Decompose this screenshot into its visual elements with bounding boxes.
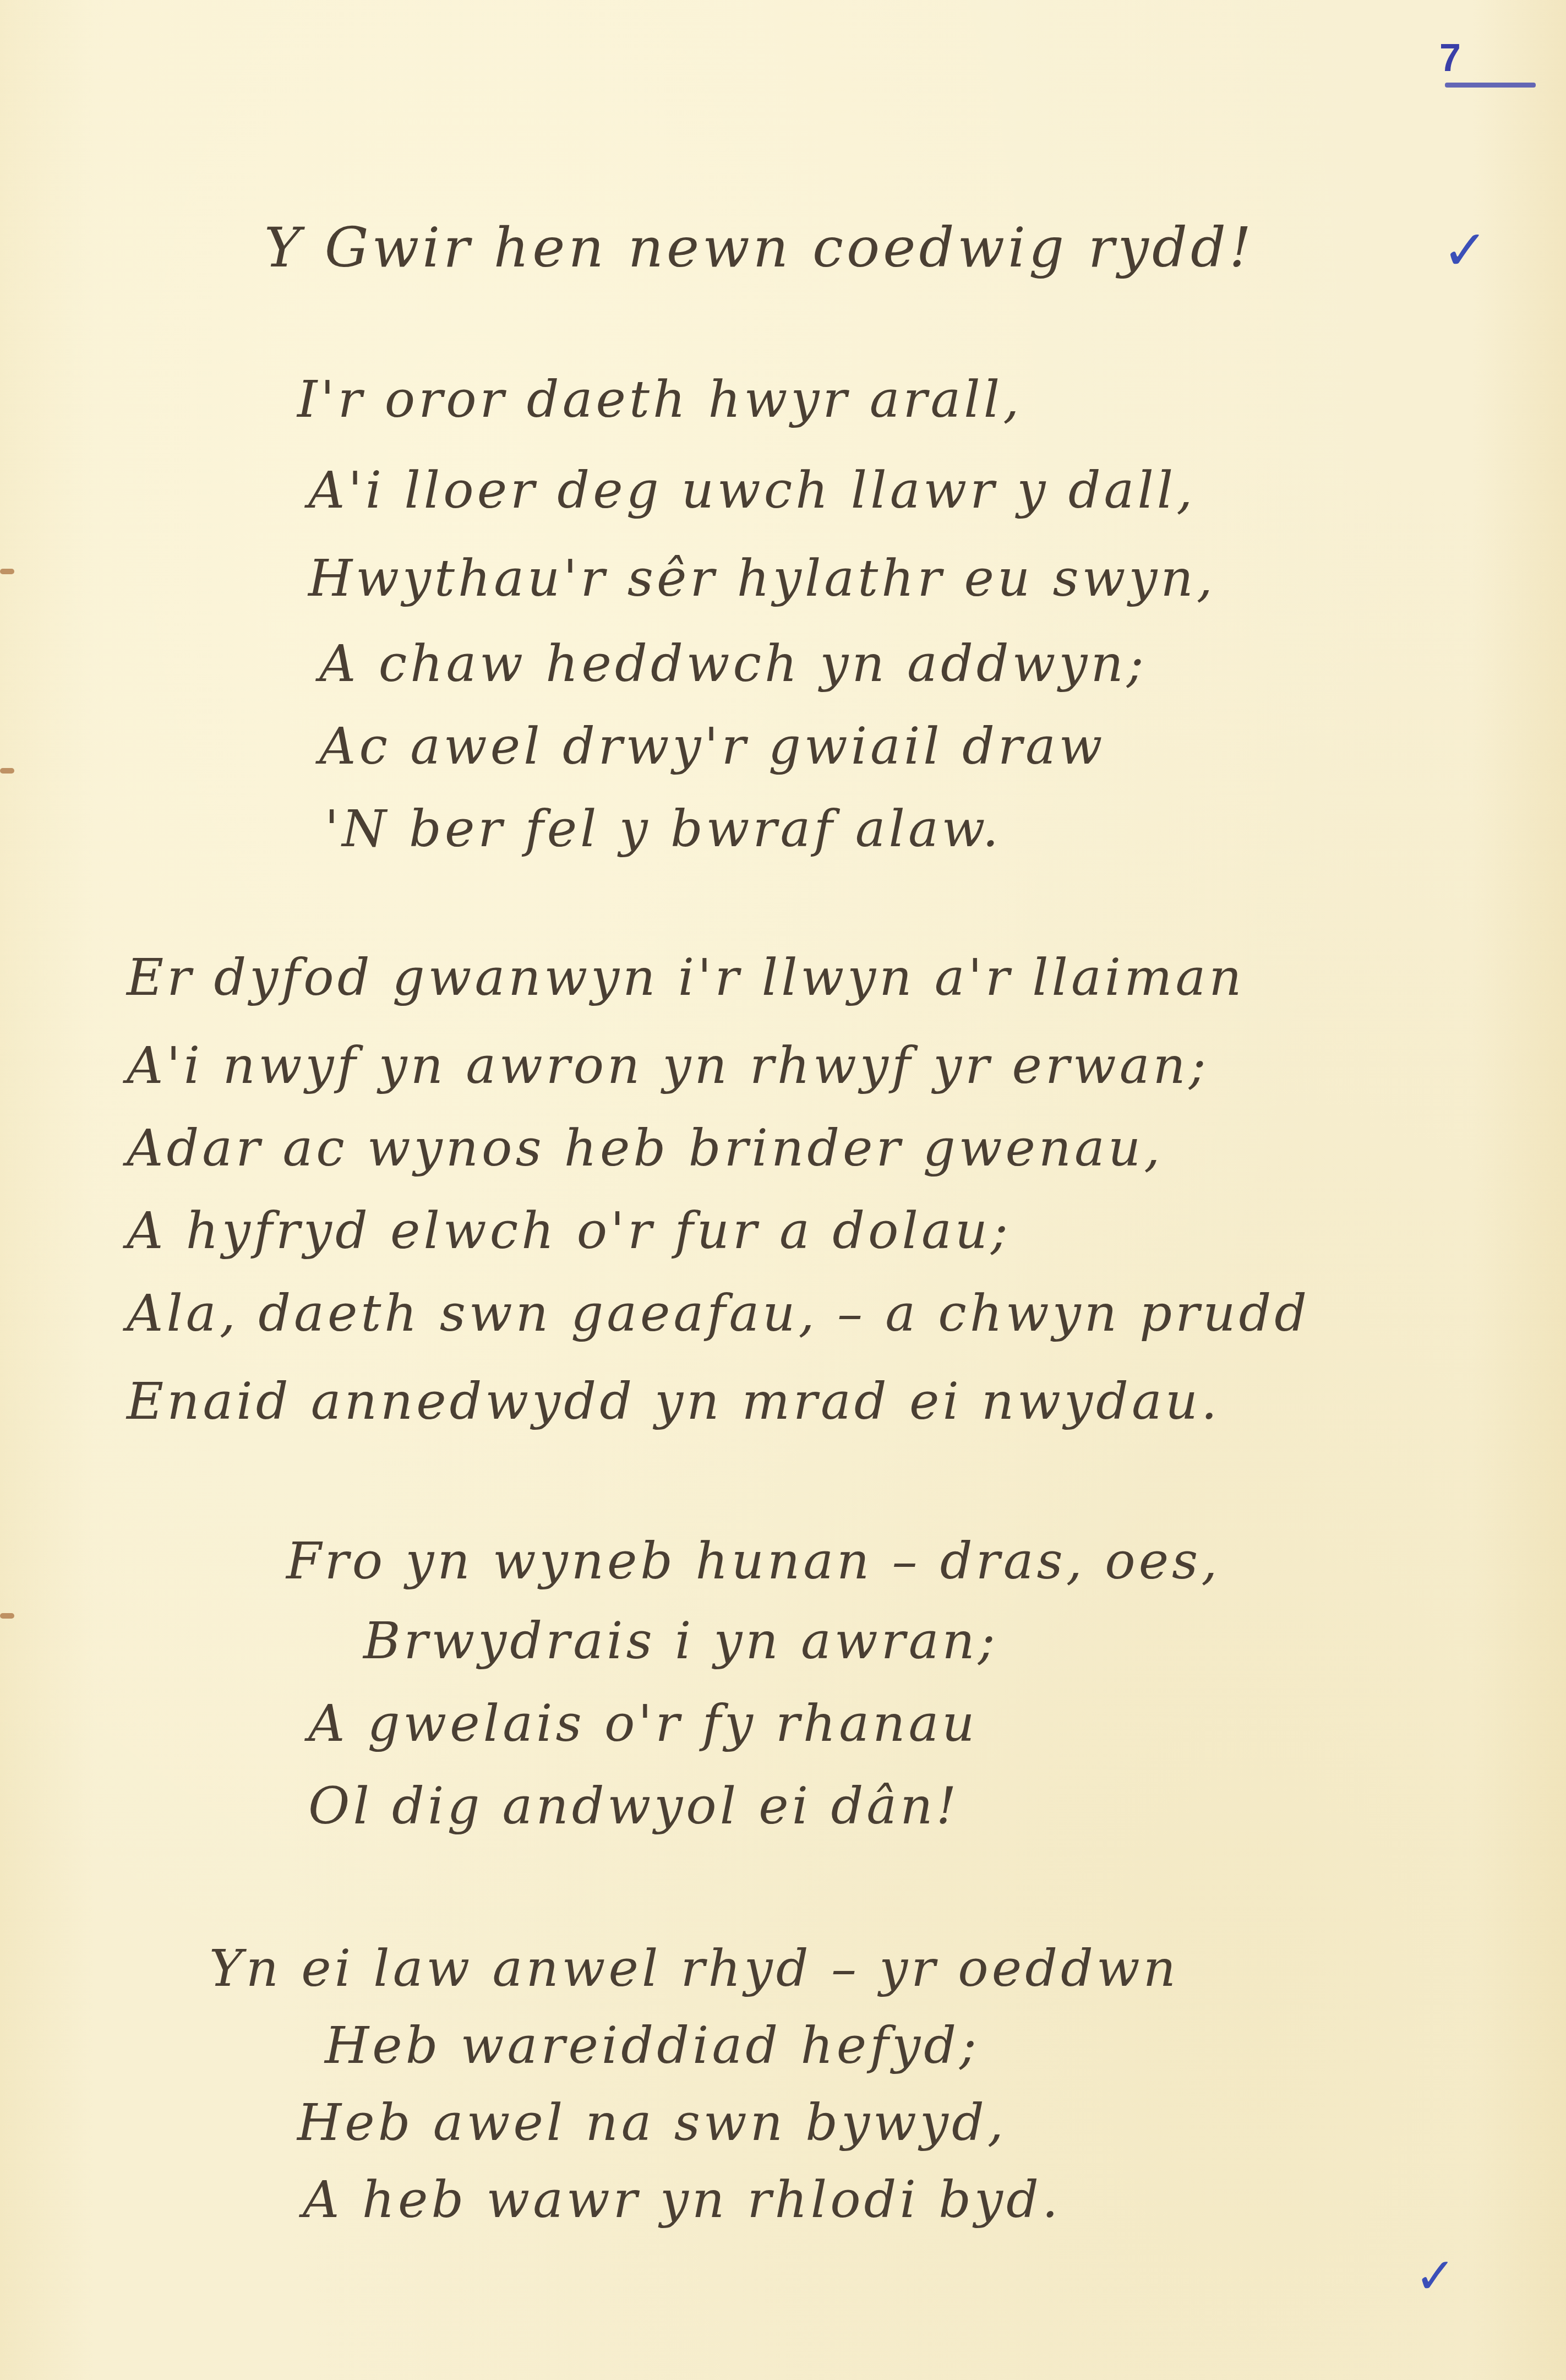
- poem-line: A'i lloer deg uwch llawr y dall,: [308, 465, 1196, 516]
- page-number: 7: [1439, 39, 1461, 77]
- poem-line: Heb awel na swn bywyd,: [297, 2098, 1007, 2148]
- poem-line: Ol dig andwyol ei dân!: [308, 1781, 959, 1832]
- poem-line: A hyfryd elwch o'r fur a dolau;: [127, 1206, 1011, 1256]
- poem-line: Heb wareiddiad hefyd;: [325, 2020, 980, 2071]
- poem-line: A gwelais o'r fy rhanau: [308, 1698, 978, 1749]
- poem-line: 'N ber fel y bwraf alaw.: [325, 804, 1002, 854]
- poem-line: Er dyfod gwanwyn i'r llwyn a'r llaiman: [127, 952, 1245, 1003]
- poem-line: Fro yn wyneb hunan – dras, oes,: [286, 1536, 1221, 1587]
- poem-line: A'i nwyf yn awron yn rhwyf yr erwan;: [127, 1041, 1209, 1091]
- poem-line: Hwythau'r sêr hylathr eu swyn,: [308, 553, 1216, 604]
- binding-hole: [0, 569, 14, 574]
- poem-line: A chaw heddwch yn addwyn;: [319, 639, 1147, 689]
- poem-line: Adar ac wynos heb brinder gwenau,: [127, 1123, 1163, 1174]
- check-mark-icon: ✓: [1442, 223, 1488, 278]
- manuscript-page: 7 Y Gwir hen newn coedwig rydd! ✓ I'r or…: [0, 0, 1566, 2380]
- poem-line: Yn ei law anwel rhyd – yr oeddwn: [209, 1943, 1179, 1994]
- poem-line: Enaid annedwydd yn mrad ei nwydau.: [127, 1376, 1220, 1427]
- poem-line: I'r oror daeth hwyr arall,: [297, 374, 1022, 425]
- poem-line: Ala, daeth swn gaeafau, – a chwyn prudd: [127, 1288, 1310, 1339]
- poem-line: Ac awel drwy'r gwiail draw: [319, 721, 1106, 772]
- poem-title: Y Gwir hen newn coedwig rydd!: [264, 220, 1254, 275]
- page-number-underline: [1445, 83, 1536, 88]
- poem-line: Brwydrais i yn awran;: [363, 1616, 998, 1666]
- binding-hole: [0, 1613, 14, 1619]
- binding-hole: [0, 768, 14, 774]
- check-mark-icon: ✓: [1415, 2252, 1456, 2301]
- poem-line: A heb wawr yn rhlodi byd.: [303, 2175, 1061, 2225]
